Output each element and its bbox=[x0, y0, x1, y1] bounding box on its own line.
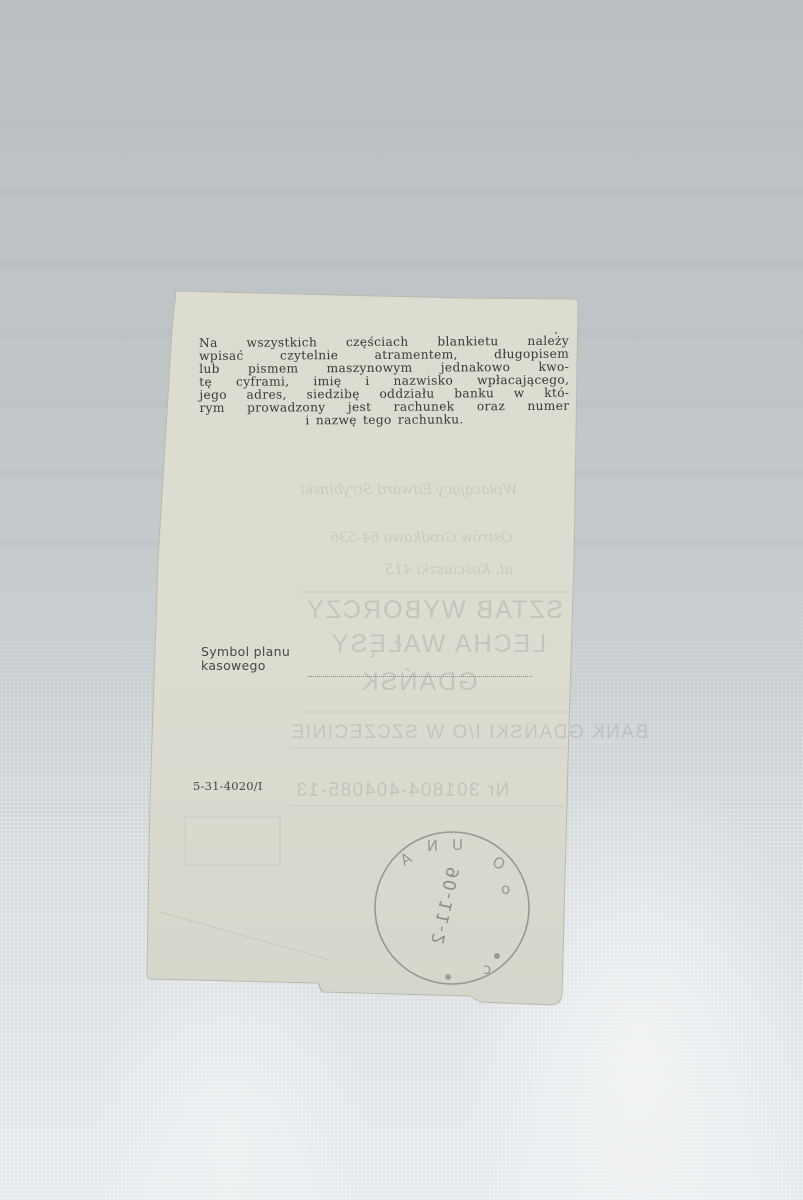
deposit-slip: Wpłacający Edward Strybinski Ostrów Grod… bbox=[0, 0, 803, 1200]
bleed-recipient-line: LECHA WAŁĘSY bbox=[330, 630, 546, 659]
svg-text:o: o bbox=[501, 880, 510, 898]
symbol-field-label: Symbol planu kasowego bbox=[201, 645, 290, 673]
bleed-handwritten-line: Ostrów Grodkowo 64-536 bbox=[330, 530, 512, 546]
bleed-account-line: Nr 301804-404085-13 bbox=[295, 780, 509, 802]
bleed-handwritten-line: Wpłacający Edward Strybinski bbox=[300, 482, 517, 498]
svg-text:U: U bbox=[452, 836, 463, 854]
svg-text:O: O bbox=[489, 853, 509, 875]
instructions-line: i nazwę tego rachunku. bbox=[199, 413, 569, 428]
bleed-recipient-line: SZTAB WYBORCZY bbox=[305, 596, 563, 625]
svg-text:ɔ: ɔ bbox=[483, 960, 491, 978]
form-code: 5-31-4020/I bbox=[193, 779, 263, 793]
symbol-label-line: kasowego bbox=[201, 659, 290, 673]
bleed-handwritten-line: ul. Kościuszki 415 bbox=[385, 562, 513, 578]
bleed-bank-line: BANK GDAŃSKI I/O W SZCZECINIE bbox=[290, 722, 648, 744]
symbol-label-line: Symbol planu bbox=[201, 645, 290, 659]
bleed-recipient-line: GDAŃSK bbox=[360, 668, 478, 697]
svg-text:A: A bbox=[396, 849, 415, 870]
instructions-paragraph: Na wszystkich częściach blankietu należy… bbox=[199, 335, 570, 428]
svg-text:90-11-2: 90-11-2 bbox=[428, 866, 464, 949]
svg-text:N: N bbox=[427, 837, 438, 855]
symbol-field-dotted-line[interactable] bbox=[308, 676, 532, 677]
postal-stamp-icon: 90-11-2 A N U O o ɔ bbox=[370, 828, 532, 988]
